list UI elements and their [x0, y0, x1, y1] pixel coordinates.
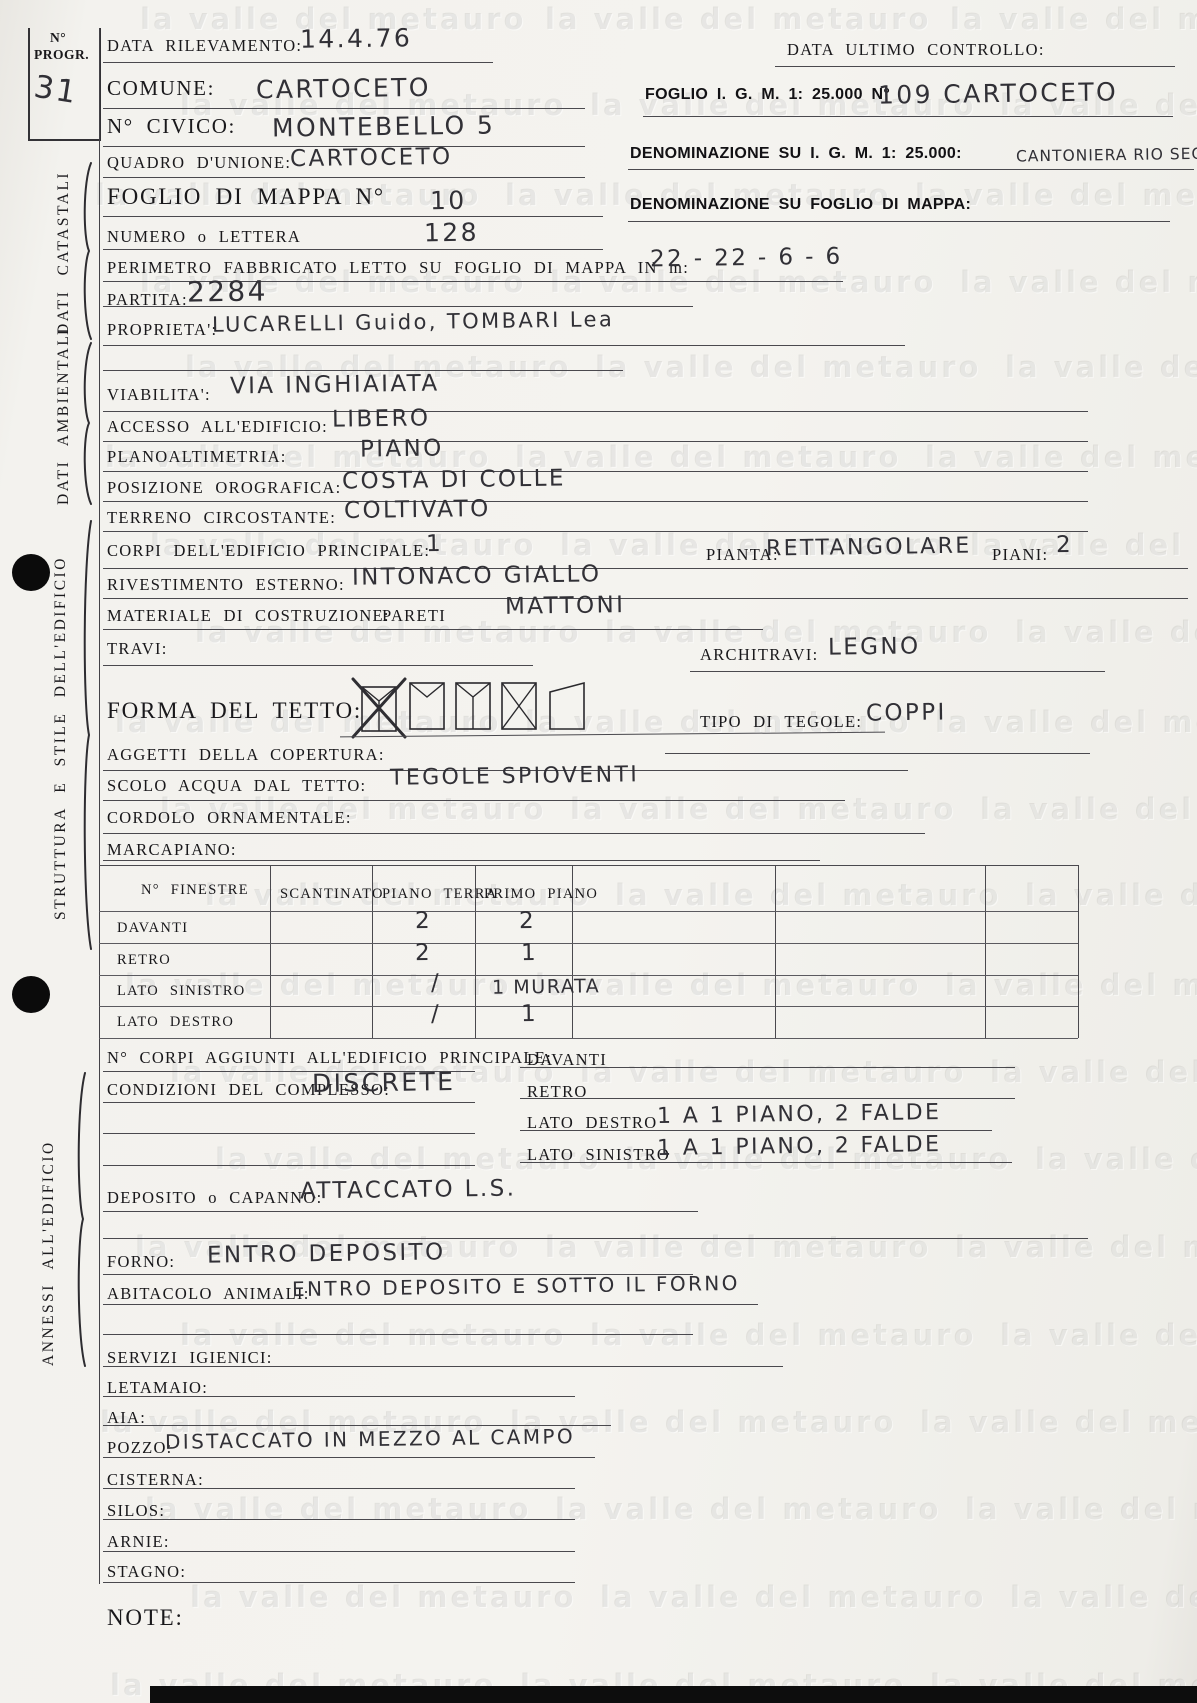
watermark-text: la valle del metauro — [605, 615, 991, 649]
field-data-rilevamento-value: 14.4.76 — [300, 23, 413, 54]
field-quadro-unione-value: CARTOCETO — [290, 144, 453, 172]
table-hline — [99, 1038, 1078, 1039]
underline — [103, 1211, 698, 1212]
roof-cross-icon — [498, 679, 540, 731]
watermark-text: la valle del metauro — [1000, 1318, 1197, 1352]
cell-retro-piano-terra: 2 — [415, 940, 432, 966]
field-forno-label: FORNO: — [107, 1252, 175, 1272]
underline-blank — [103, 1133, 475, 1134]
underline — [103, 1304, 758, 1305]
watermark-text: la valle del metauro — [990, 1055, 1197, 1089]
field-proprieta-value: LUCARELLI Guido, TOMBARI Lea — [212, 307, 614, 337]
underline-blank — [103, 1238, 1088, 1239]
section-label-dati-ambientali: DATI AMBIENTALI — [55, 345, 75, 505]
table-row-label-lato-destro: LATO DESTRO — [117, 1014, 234, 1031]
field-materiale-sublabel: PARETI — [382, 606, 446, 626]
field-planoaltimetria-value: PIANO — [360, 435, 444, 462]
field-piani-label: PIANI: — [992, 545, 1048, 565]
watermark-text: la valle del metauro — [1035, 1142, 1197, 1176]
finestre-table: N° FINESTRE SCANTINATO PIANO TERRA PRIMO… — [99, 865, 1079, 1038]
field-architravi-label: ARCHITRAVI: — [700, 645, 819, 665]
underline — [103, 471, 1088, 472]
field-posizione-orografica-label: POSIZIONE OROGRAFICA: — [107, 478, 342, 498]
field-letamaio-label: LETAMAIO: — [107, 1378, 208, 1398]
watermark-text: la valle del metauro — [965, 1492, 1197, 1526]
watermark-text: la valle del metauro — [180, 1318, 566, 1352]
section-label-annessi: ANNESSI ALL'EDIFICIO — [40, 1188, 60, 1366]
table-header-finestre: N° FINESTRE — [141, 882, 249, 899]
underline-blank — [103, 1334, 693, 1335]
underline — [628, 221, 1170, 222]
cell-davanti-piano-terra: 2 — [415, 908, 432, 934]
field-lato-destro-value: 1 A 1 PIANO, 2 FALDE — [657, 1100, 942, 1129]
field-viabilita-label: VIABILITA': — [107, 385, 211, 405]
roof-gable-icon — [406, 679, 448, 731]
table-vline — [775, 866, 776, 1038]
underline — [103, 1366, 783, 1367]
brace-dati-ambientali — [79, 342, 95, 505]
table-hline — [99, 911, 1078, 912]
field-foglio-igm-value: 109 CARTOCETO — [878, 77, 1119, 109]
table-hline — [99, 1006, 1078, 1007]
underline — [103, 665, 533, 666]
watermark-text: la valle del metauro — [145, 1492, 531, 1526]
table-row-label-lato-sinistro: LATO SINISTRO — [117, 983, 246, 1000]
field-travi-label: TRAVI: — [107, 639, 168, 659]
field-materiale-value: MATTONI — [505, 592, 626, 620]
table-vline — [985, 866, 986, 1038]
table-row-label-retro: RETRO — [117, 952, 171, 969]
underline-blank — [103, 1165, 475, 1166]
watermark-text: la valle del metauro — [545, 2, 931, 36]
underline — [103, 249, 603, 250]
watermark-text: la valle del metauro — [600, 1580, 986, 1614]
punch-hole-bottom — [12, 976, 50, 1013]
field-architravi-value: LEGNO — [828, 633, 921, 660]
field-servizi-label: SERVIZI IGIENICI: — [107, 1348, 273, 1368]
underline — [520, 1130, 992, 1131]
field-condizioni-value: DISCRETE — [312, 1067, 456, 1098]
watermark-text: la valle del metauro — [980, 792, 1197, 826]
watermark-text: la valle del metauro — [555, 1492, 941, 1526]
underline — [103, 411, 1088, 412]
underline — [775, 66, 1175, 67]
section-label-struttura: STRUTTURA E STILE DELL'EDIFICIO — [52, 588, 72, 920]
underline — [103, 1582, 575, 1583]
watermark-text: la valle del metauro — [935, 705, 1197, 739]
field-accesso-label: ACCESSO ALL'EDIFICIO: — [107, 417, 328, 437]
field-stagno-label: STAGNO: — [107, 1562, 186, 1582]
underline — [520, 1098, 1015, 1099]
field-denominazione-igm-label: DENOMINAZIONE SU I. G. M. 1: 25.000: — [630, 145, 962, 163]
underline — [520, 1162, 1012, 1163]
field-abitacolo-value: ENTRO DEPOSITO E SOTTO IL FORNO — [292, 1271, 740, 1301]
field-proprieta-label: PROPRIETA': — [107, 320, 217, 340]
field-partita-value: 2284 — [187, 274, 268, 308]
field-data-ultimo-controllo-label: DATA ULTIMO CONTROLLO: — [787, 40, 1045, 60]
watermark-text: la valle del metauro — [955, 1230, 1197, 1264]
watermark-text: la valle del metauro — [925, 440, 1197, 474]
field-piani-value: 2 — [1056, 532, 1073, 558]
field-denominazione-igm-value: CANTONIERA RIO SECCO — [1016, 145, 1197, 166]
field-silos-label: SILOS: — [107, 1501, 165, 1521]
underline — [520, 1067, 1015, 1068]
field-terreno-label: TERRENO CIRCOSTANTE: — [107, 508, 336, 528]
underline — [103, 833, 925, 834]
watermark-text: la valle del metauro — [1015, 615, 1197, 649]
field-posizione-orografica-value: COSTA DI COLLE — [342, 465, 566, 494]
field-n-civico-label: N° CIVICO: — [107, 114, 236, 139]
watermark-text: la valle del metauro — [960, 265, 1197, 299]
field-tipo-tegole-value: COPPI — [866, 699, 947, 726]
field-comune-value: CARTOCETO — [256, 73, 431, 104]
scanned-survey-form: la valle del metaurola valle del metauro… — [0, 0, 1197, 1703]
field-data-rilevamento-label: DATA RILEVAMENTO: — [107, 36, 302, 56]
cell-retro-primo-piano: 1 — [521, 940, 538, 966]
field-numero-lettera-label: NUMERO o LETTERA — [107, 227, 301, 247]
field-forma-tetto-label: FORMA DEL TETTO: — [107, 698, 362, 724]
brace-annessi — [73, 1072, 89, 1367]
underline — [103, 62, 493, 63]
scan-edge-bar — [150, 1686, 1197, 1703]
underline — [103, 501, 1088, 502]
punch-hole-top — [12, 554, 50, 591]
field-materiale-label: MATERIALE DI COSTRUZIONE: — [107, 606, 390, 626]
watermark-text: la valle del metauro — [595, 350, 981, 384]
roof-shed-icon — [546, 679, 588, 731]
watermark-text: la valle del metauro — [580, 1055, 966, 1089]
watermark-text: la valle del metauro — [545, 1230, 931, 1264]
underline — [103, 1519, 575, 1520]
field-deposito-value: ATTACCATO L.S. — [300, 1175, 517, 1204]
field-arnie-label: ARNIE: — [107, 1532, 170, 1552]
cell-lato-destro-piano-terra: / — [431, 1001, 442, 1027]
field-foglio-di-mappa-value: 10 — [430, 186, 467, 216]
table-vline — [270, 866, 271, 1038]
field-partita-label: PARTITA: — [107, 290, 188, 310]
cell-lato-sinistro-primo-piano: 1 MURATA — [492, 975, 601, 999]
field-accesso-value: LIBERO — [332, 405, 431, 432]
field-lato-sinistro-value: 1 A 1 PIANO, 2 FALDE — [657, 1132, 942, 1161]
field-n-civico-value: MONTEBELLO 5 — [272, 110, 496, 142]
underline — [103, 216, 603, 217]
table-header-primo-piano: PRIMO PIANO — [484, 886, 598, 903]
underline — [103, 108, 585, 109]
underline — [103, 1551, 575, 1552]
field-denominazione-foglio-mappa-label: DENOMINAZIONE SU FOGLIO DI MAPPA: — [630, 196, 971, 214]
underline — [103, 860, 820, 861]
field-quadro-unione-label: QUADRO D'UNIONE: — [107, 153, 291, 173]
field-numero-lettera-value: 128 — [424, 218, 479, 248]
watermark-text: la valle del metauro — [920, 1405, 1197, 1439]
underline — [103, 1102, 475, 1103]
cell-davanti-primo-piano: 2 — [519, 908, 536, 934]
field-retro-label: RETRO — [527, 1082, 588, 1102]
underline — [103, 441, 1088, 442]
brace-dati-catastali — [79, 162, 95, 340]
field-forno-value: ENTRO DEPOSITO — [207, 1239, 446, 1268]
field-aggetti-label: AGGETTI DELLA COPERTURA: — [107, 745, 385, 765]
field-cordolo-label: CORDOLO ORNAMENTALE: — [107, 808, 352, 828]
underline — [103, 531, 1088, 532]
underline — [103, 1396, 575, 1397]
watermark-text: la valle del metauro — [590, 1318, 976, 1352]
watermark-text: la valle del metauro — [1010, 1580, 1197, 1614]
progr-value: 31 — [31, 69, 80, 111]
table-header-scantinato: SCANTINATO — [280, 886, 384, 903]
field-terreno-value: COLTIVATO — [344, 496, 491, 524]
field-pozzo-label: POZZO: — [107, 1438, 173, 1458]
field-abitacolo-label: ABITACOLO ANIMALI: — [107, 1284, 310, 1304]
table-row-label-davanti: DAVANTI — [117, 920, 188, 937]
underline — [103, 568, 1188, 569]
underline — [690, 671, 1105, 672]
underline — [103, 345, 905, 346]
underline — [103, 177, 585, 178]
field-pianta-value: RETTANGOLARE — [766, 534, 972, 562]
brace-struttura — [79, 520, 95, 950]
watermark-text: la valle del metauro — [1005, 350, 1197, 384]
progr-label: PROGR. — [34, 47, 89, 63]
watermark-text: la valle del metauro — [950, 2, 1197, 36]
watermark-text: la valle del metauro — [190, 1580, 576, 1614]
field-scolo-label: SCOLO ACQUA DAL TETTO: — [107, 776, 366, 796]
field-tipo-tegole-label: TIPO DI TEGOLE: — [700, 712, 862, 732]
field-marcapiano-label: MARCAPIANO: — [107, 840, 237, 860]
underline — [628, 169, 1194, 170]
section-label-dati-catastali: DATI CATASTALI — [55, 168, 75, 338]
field-cisterna-label: CISTERNA: — [107, 1470, 204, 1490]
cell-lato-sinistro-piano-terra: / — [431, 970, 442, 996]
underline — [103, 1488, 575, 1489]
underline — [340, 732, 885, 738]
field-planoaltimetria-label: PLANOALTIMETRIA: — [107, 447, 287, 467]
field-rivestimento-label: RIVESTIMENTO ESTERNO: — [107, 575, 345, 595]
field-foglio-di-mappa-label: FOGLIO DI MAPPA N° — [107, 184, 385, 210]
field-rivestimento-value: INTONACO GIALLO — [352, 561, 602, 590]
underline — [103, 800, 845, 801]
watermark-text: la valle del metauro — [570, 792, 956, 826]
underline — [665, 753, 1090, 754]
field-corpi-label: CORPI DELL'EDIFICIO PRINCIPALE: — [107, 541, 430, 561]
field-viabilita-value: VIA INGHIAIATA — [230, 371, 440, 400]
left-margin-rule — [99, 28, 100, 1584]
field-perimetro-value: 22 - 22 - 6 - 6 — [650, 244, 843, 273]
table-hline — [99, 943, 1078, 944]
field-deposito-label: DEPOSITO o CAPANNO: — [107, 1188, 323, 1208]
field-note-label: NOTE: — [107, 1605, 184, 1631]
field-foglio-igm-label: FOGLIO I. G. M. 1: 25.000 N° — [645, 86, 890, 104]
field-comune-label: COMUNE: — [107, 76, 215, 101]
table-header-piano-terra: PIANO TERRA — [382, 886, 498, 903]
field-scolo-value: TEGOLE SPIOVENTI — [390, 762, 640, 790]
underline — [643, 116, 1173, 117]
field-corpi-value: 1 — [426, 531, 443, 557]
cell-lato-destro-primo-piano: 1 — [521, 1001, 538, 1027]
underline — [103, 598, 1188, 599]
underline — [103, 629, 763, 630]
roof-pavilion-marked-icon — [358, 681, 400, 733]
roof-gable-ridge-icon — [452, 679, 494, 731]
progr-no-label: N° — [50, 30, 66, 46]
field-corpi-aggiunti-label: N° CORPI AGGIUNTI ALL'EDIFICIO PRINCIPAL… — [107, 1048, 552, 1068]
field-pozzo-value: DISTACCATO IN MEZZO AL CAMPO — [165, 1424, 575, 1454]
watermark-text: la valle del metauro — [515, 440, 901, 474]
underline — [103, 1457, 595, 1458]
